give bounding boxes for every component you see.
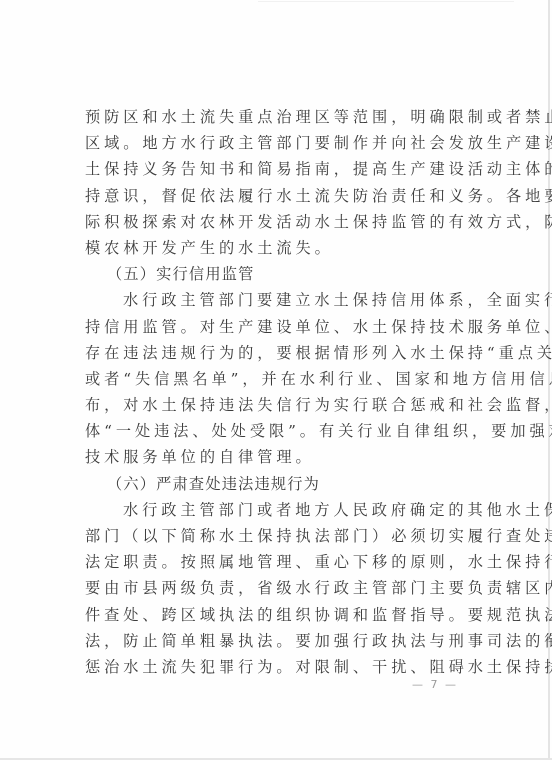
body-line: 技术服务单位的自律管理。 — [85, 444, 471, 470]
section-heading-5: （五）实行信用监管 — [85, 261, 471, 287]
document-body: 预防区和水土流失重点治理区等范围，明确限制或者禁止活动的 区域。地方水行政主管部… — [85, 104, 471, 680]
body-line: 土保持义务告知书和简易指南，提高生产建设活动主体的水土保 — [85, 156, 471, 182]
body-line: 要由市县两级负责，省级水行政主管部门主要负责辖区内重大案 — [85, 575, 471, 601]
body-line: 持信用监管。对生产建设单位、水土保持技术服务单位、施工单位 — [85, 314, 471, 340]
body-line: 件查处、跨区域执法的组织协调和监督指导。要规范执法、文明执 — [85, 602, 471, 628]
page-number: — 7 — — [405, 678, 465, 691]
body-line: 区域。地方水行政主管部门要制作并向社会发放生产建设活动水 — [85, 130, 471, 156]
body-line: 体“一处违法、处处受限”。有关行业自律组织，要加强对水土保持 — [85, 418, 471, 444]
body-line: 或者“失信黑名单”，并在水利行业、国家和地方信用信息平台发 — [85, 366, 471, 392]
body-line: 持意识，督促依法履行水土流失防治责任和义务。各地要结合实 — [85, 183, 471, 209]
body-line: 部门（以下简称水土保持执法部门）必须切实履行查处违法案件的 — [85, 523, 471, 549]
body-line: 存在违法违规行为的，要根据情形列入水土保持“重点关注名单” — [85, 340, 471, 366]
scan-edge-top — [258, 1, 514, 2]
section-heading-6: （六）严肃查处违法违规行为 — [85, 471, 471, 497]
body-line: 法定职责。按照属地管理、重心下移的原则，水土保持行政执法主 — [85, 549, 471, 575]
body-line: 法，防止简单粗暴执法。要加强行政执法与刑事司法的衔接，依法 — [85, 628, 471, 654]
paragraph-first-line: 水行政主管部门要建立水土保持信用体系，全面实行水土保 — [85, 287, 471, 313]
body-line: 预防区和水土流失重点治理区等范围，明确限制或者禁止活动的 — [85, 104, 471, 130]
document-page: 预防区和水土流失重点治理区等范围，明确限制或者禁止活动的 区域。地方水行政主管部… — [0, 0, 552, 760]
body-line: 模农林开发产生的水土流失。 — [85, 235, 471, 261]
body-line: 际积极探索对农林开发活动水土保持监管的有效方式，防止大规 — [85, 209, 471, 235]
paragraph-first-line: 水行政主管部门或者地方人民政府确定的其他水土保持执法 — [85, 497, 471, 523]
body-line: 惩治水土流失犯罪行为。对限制、干扰、阻碍水土保持执法的党政 — [85, 654, 471, 680]
body-line: 布，对水土保持违法失信行为实行联合惩戒和社会监督，让违法主 — [85, 392, 471, 418]
